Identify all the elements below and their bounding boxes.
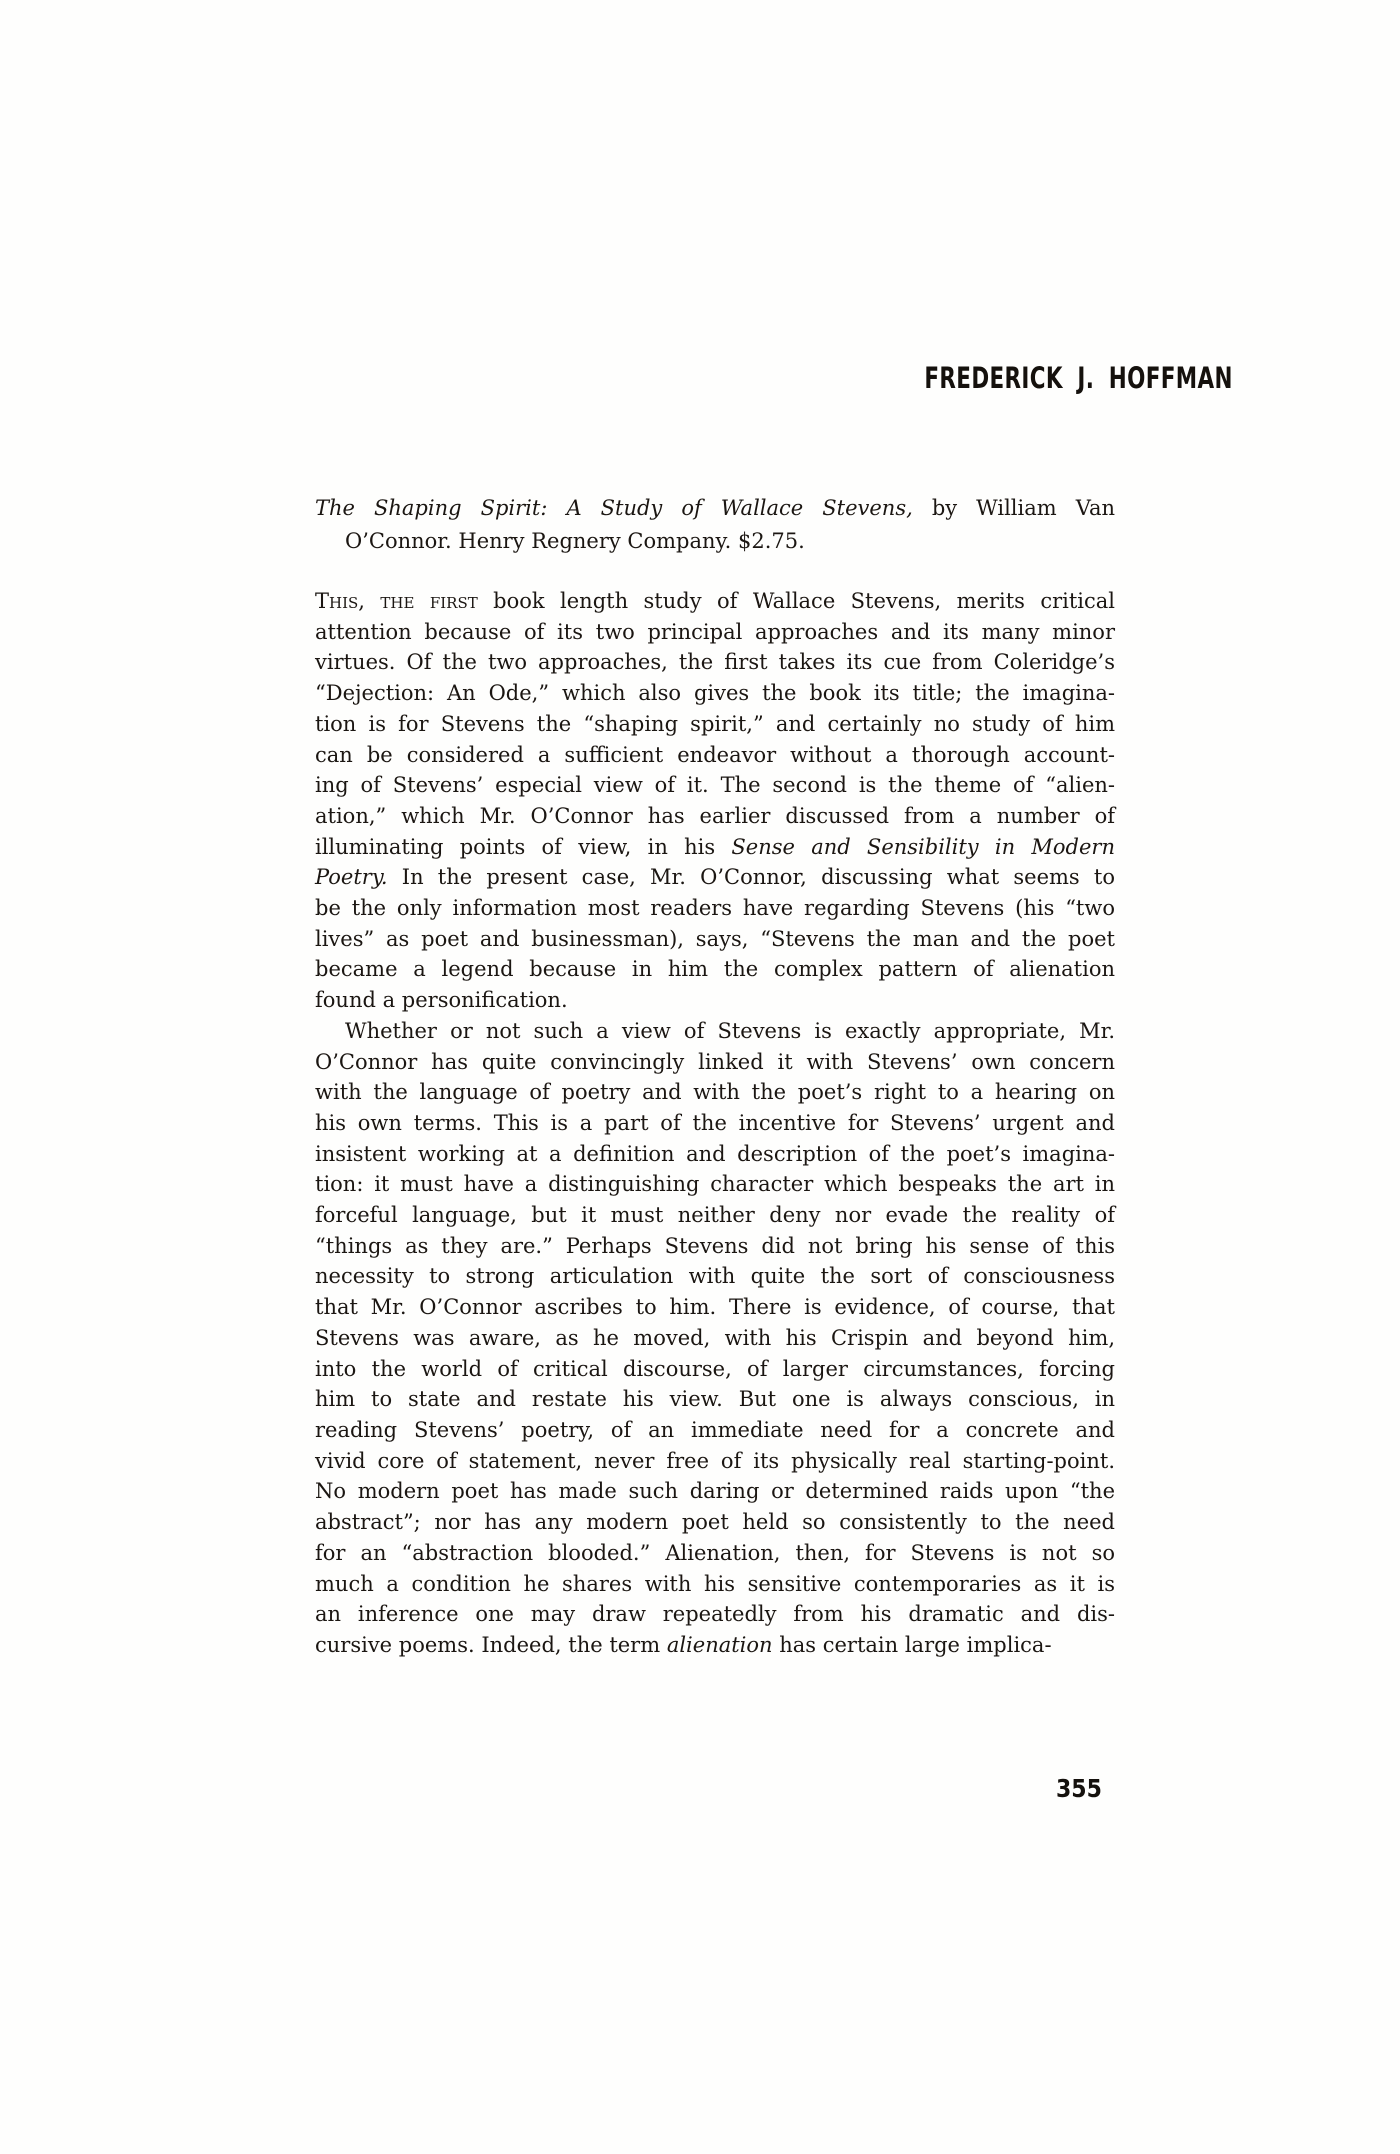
text-line: Whether or not such a view of Stevens is… [315,1016,1115,1047]
text-line: O’Connor. Henry Regnery Company. $2.75. [315,525,1115,558]
text-line: be the only information most readers hav… [315,893,1115,924]
text-line: reading Stevens’ poetry, of an immediate… [315,1415,1115,1446]
author-header: FREDERICK J. HOFFMAN [925,361,1233,395]
review-body: This, the first book length study of Wal… [315,586,1115,1661]
text-line: cursive poems. Indeed, the term alienati… [315,1630,1115,1661]
text-line: illuminating points of view, in his Sens… [315,832,1115,863]
text-line: abstract”; nor has any modern poet held … [315,1507,1115,1538]
text-line: necessity to strong articulation with qu… [315,1261,1115,1292]
text-line: forceful language, but it must neither d… [315,1200,1115,1231]
text-line: No modern poet has made such daring or d… [315,1476,1115,1507]
text-line: lives” as poet and businessman), says, “… [315,924,1115,955]
text-line: “Dejection: An Ode,” which also gives th… [315,678,1115,709]
text-line: ing of Stevens’ especial view of it. The… [315,770,1115,801]
text-line: into the world of critical discourse, of… [315,1354,1115,1385]
text-line: became a legend because in him the compl… [315,954,1115,985]
text-line: that Mr. O’Connor ascribes to him. There… [315,1292,1115,1323]
text-line: with the language of poetry and with the… [315,1077,1115,1108]
text-line: Stevens was aware, as he moved, with his… [315,1323,1115,1354]
page-number: 355 [1056,1774,1102,1803]
text-line: for an “abstraction blooded.” Alienation… [315,1538,1115,1569]
text-line: his own terms. This is a part of the inc… [315,1108,1115,1139]
scan-page: FREDERICK J. HOFFMAN The Shaping Spirit:… [0,0,1400,2154]
text-line: insistent working at a definition and de… [315,1139,1115,1170]
text-line: him to state and restate his view. But o… [315,1384,1115,1415]
text-line: an inference one may draw repeatedly fro… [315,1599,1115,1630]
text-line: This, the first book length study of Wal… [315,586,1115,617]
text-line: can be considered a sufficient endeavor … [315,740,1115,771]
text-line: ation,” which Mr. O’Connor has earlier d… [315,801,1115,832]
text-line: virtues. Of the two approaches, the firs… [315,647,1115,678]
text-line: found a personification. [315,985,1115,1016]
text-line: attention because of its two principal a… [315,617,1115,648]
text-line: O’Connor has quite convincingly linked i… [315,1047,1115,1078]
text-line: tion: it must have a distinguishing char… [315,1169,1115,1200]
text-line: much a condition he shares with his sens… [315,1569,1115,1600]
text-line: tion is for Stevens the “shaping spirit,… [315,709,1115,740]
book-citation: The Shaping Spirit: A Study of Wallace S… [315,492,1115,558]
text-line: The Shaping Spirit: A Study of Wallace S… [315,492,1115,525]
text-line: Poetry. In the present case, Mr. O’Conno… [315,862,1115,893]
text-line: vivid core of statement, never free of i… [315,1446,1115,1477]
text-line: “things as they are.” Perhaps Stevens di… [315,1231,1115,1262]
